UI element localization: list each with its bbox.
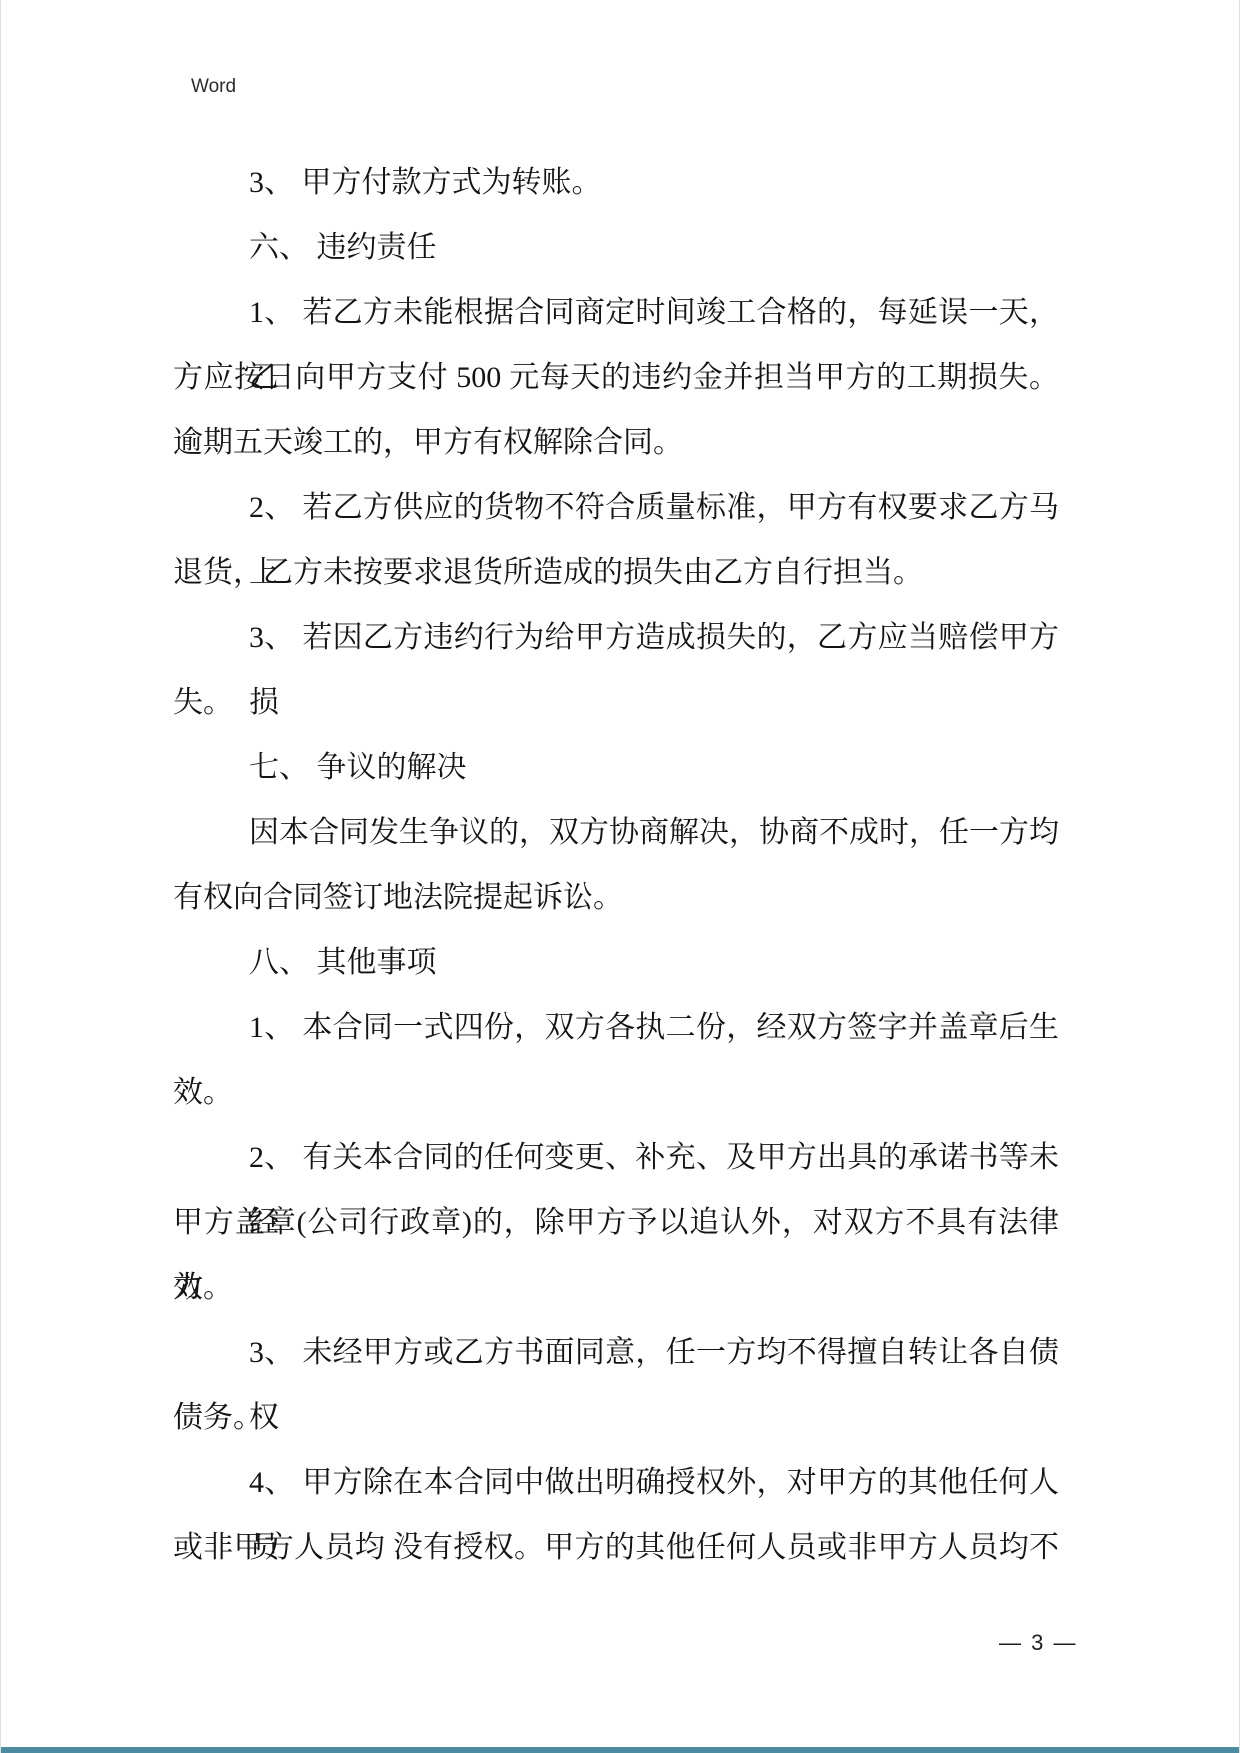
text-line: 或非甲方人员均 没有授权。甲方的其他任何人员或非甲方人员均不 (173, 1515, 1059, 1580)
document-page: Word 3、 甲方付款方式为转账。六、 违约责任1、 若乙方未能根据合同商定时… (0, 0, 1240, 1753)
document-lines: 3、 甲方付款方式为转账。六、 违约责任1、 若乙方未能根据合同商定时间竣工合格… (173, 150, 1059, 1580)
text-line: 逾期五天竣工的，甲方有权解除合同。 (173, 410, 1059, 475)
text-line: 1、 本合同一式四份，双方各执二份，经双方签字并盖章后生 (173, 995, 1059, 1060)
page-bottom-edge (1, 1747, 1239, 1753)
text-line: 因本合同发生争议的，双方协商解决，协商不成时，任一方均 (173, 800, 1059, 865)
text-line: 债务。 (173, 1385, 1059, 1450)
text-line: 2、 有关本合同的任何变更、补充、及甲方出具的承诺书等未经 (173, 1125, 1059, 1190)
text-line: 力。 (173, 1255, 1059, 1320)
text-line: 效。 (173, 1060, 1059, 1125)
text-line: 有权向合同签订地法院提起诉讼。 (173, 865, 1059, 930)
text-line: 六、 违约责任 (173, 215, 1059, 280)
word-app-label: Word (191, 76, 236, 98)
text-line: 2、 若乙方供应的货物不符合质量标准，甲方有权要求乙方马上 (173, 475, 1059, 540)
text-line: 甲方盖章(公司行政章)的，除甲方予以追认外，对双方不具有法律效 (173, 1190, 1059, 1255)
text-line: 八、 其他事项 (173, 930, 1059, 995)
text-line: 退货，乙方未按要求退货所造成的损失由乙方自行担当。 (173, 540, 1059, 605)
text-line: 3、 未经甲方或乙方书面同意，任一方均不得擅自转让各自债权 (173, 1320, 1059, 1385)
text-line: 七、 争议的解决 (173, 735, 1059, 800)
text-line: 3、 甲方付款方式为转账。 (173, 150, 1059, 215)
text-line: 方应按日向甲方支付 500 元每天的违约金并担当甲方的工期损失。 (173, 345, 1059, 410)
page-number: — 3 — (999, 1630, 1077, 1656)
text-line: 4、 甲方除在本合同中做出明确授权外，对甲方的其他任何人员 (173, 1450, 1059, 1515)
text-line: 1、 若乙方未能根据合同商定时间竣工合格的，每延误一天，乙 (173, 280, 1059, 345)
text-line: 失。 (173, 670, 1059, 735)
text-line: 3、 若因乙方违约行为给甲方造成损失的，乙方应当赔偿甲方损 (173, 605, 1059, 670)
